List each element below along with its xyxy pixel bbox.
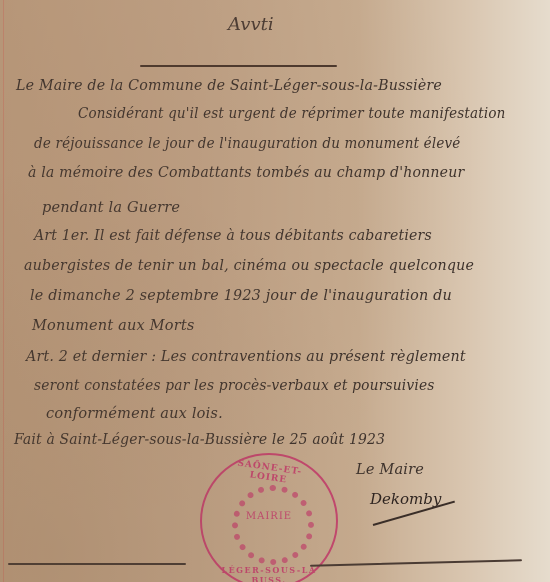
body-line: conformément aux lois. [46,406,223,422]
date-line: Fait à Saint-Léger-sous-la-Bussière le 2… [14,432,385,448]
stamp-wreath [232,485,314,565]
body-line: Monument aux Morts [32,318,195,334]
body-line: seront constatées par les procès-verbaux… [34,378,435,394]
bottom-rule-right [310,559,522,567]
stamp-center-text: MAIRIE [202,511,336,522]
stamp-bottom-text: LÉGER-SOUS-LA BUSS. [220,565,318,582]
body-line: Considérant qu'il est urgent de réprimer… [78,106,506,122]
body-line: Le Maire de la Commune de Saint-Léger-so… [16,78,442,94]
handwritten-notice: Avvti Le Maire de la Commune de Saint-Lé… [0,0,550,582]
margin-line [3,0,4,582]
bottom-rule-left [8,563,186,565]
mayor-title: Le Maire [356,462,424,478]
body-line: à la mémoire des Combattants tombés au c… [28,165,464,181]
mayor-signature: Dekomby [370,490,441,508]
body-line: de réjouissance le jour de l'inauguratio… [34,136,460,152]
body-line: le dimanche 2 septembre 1923 jour de l'i… [30,288,452,304]
body-line: Art. 2 et dernier : Les contraventions a… [26,349,466,365]
body-line: Art 1er. Il est fait défense à tous débi… [34,228,432,244]
notice-title: Avvti [228,14,274,35]
body-line: pendant la Guerre [42,200,180,216]
mairie-stamp: SAÔNE-ET-LOIRE MAIRIE LÉGER-SOUS-LA BUSS… [200,453,338,582]
body-line: aubergistes de tenir un bal, cinéma ou s… [24,258,474,274]
title-underline [140,65,337,67]
